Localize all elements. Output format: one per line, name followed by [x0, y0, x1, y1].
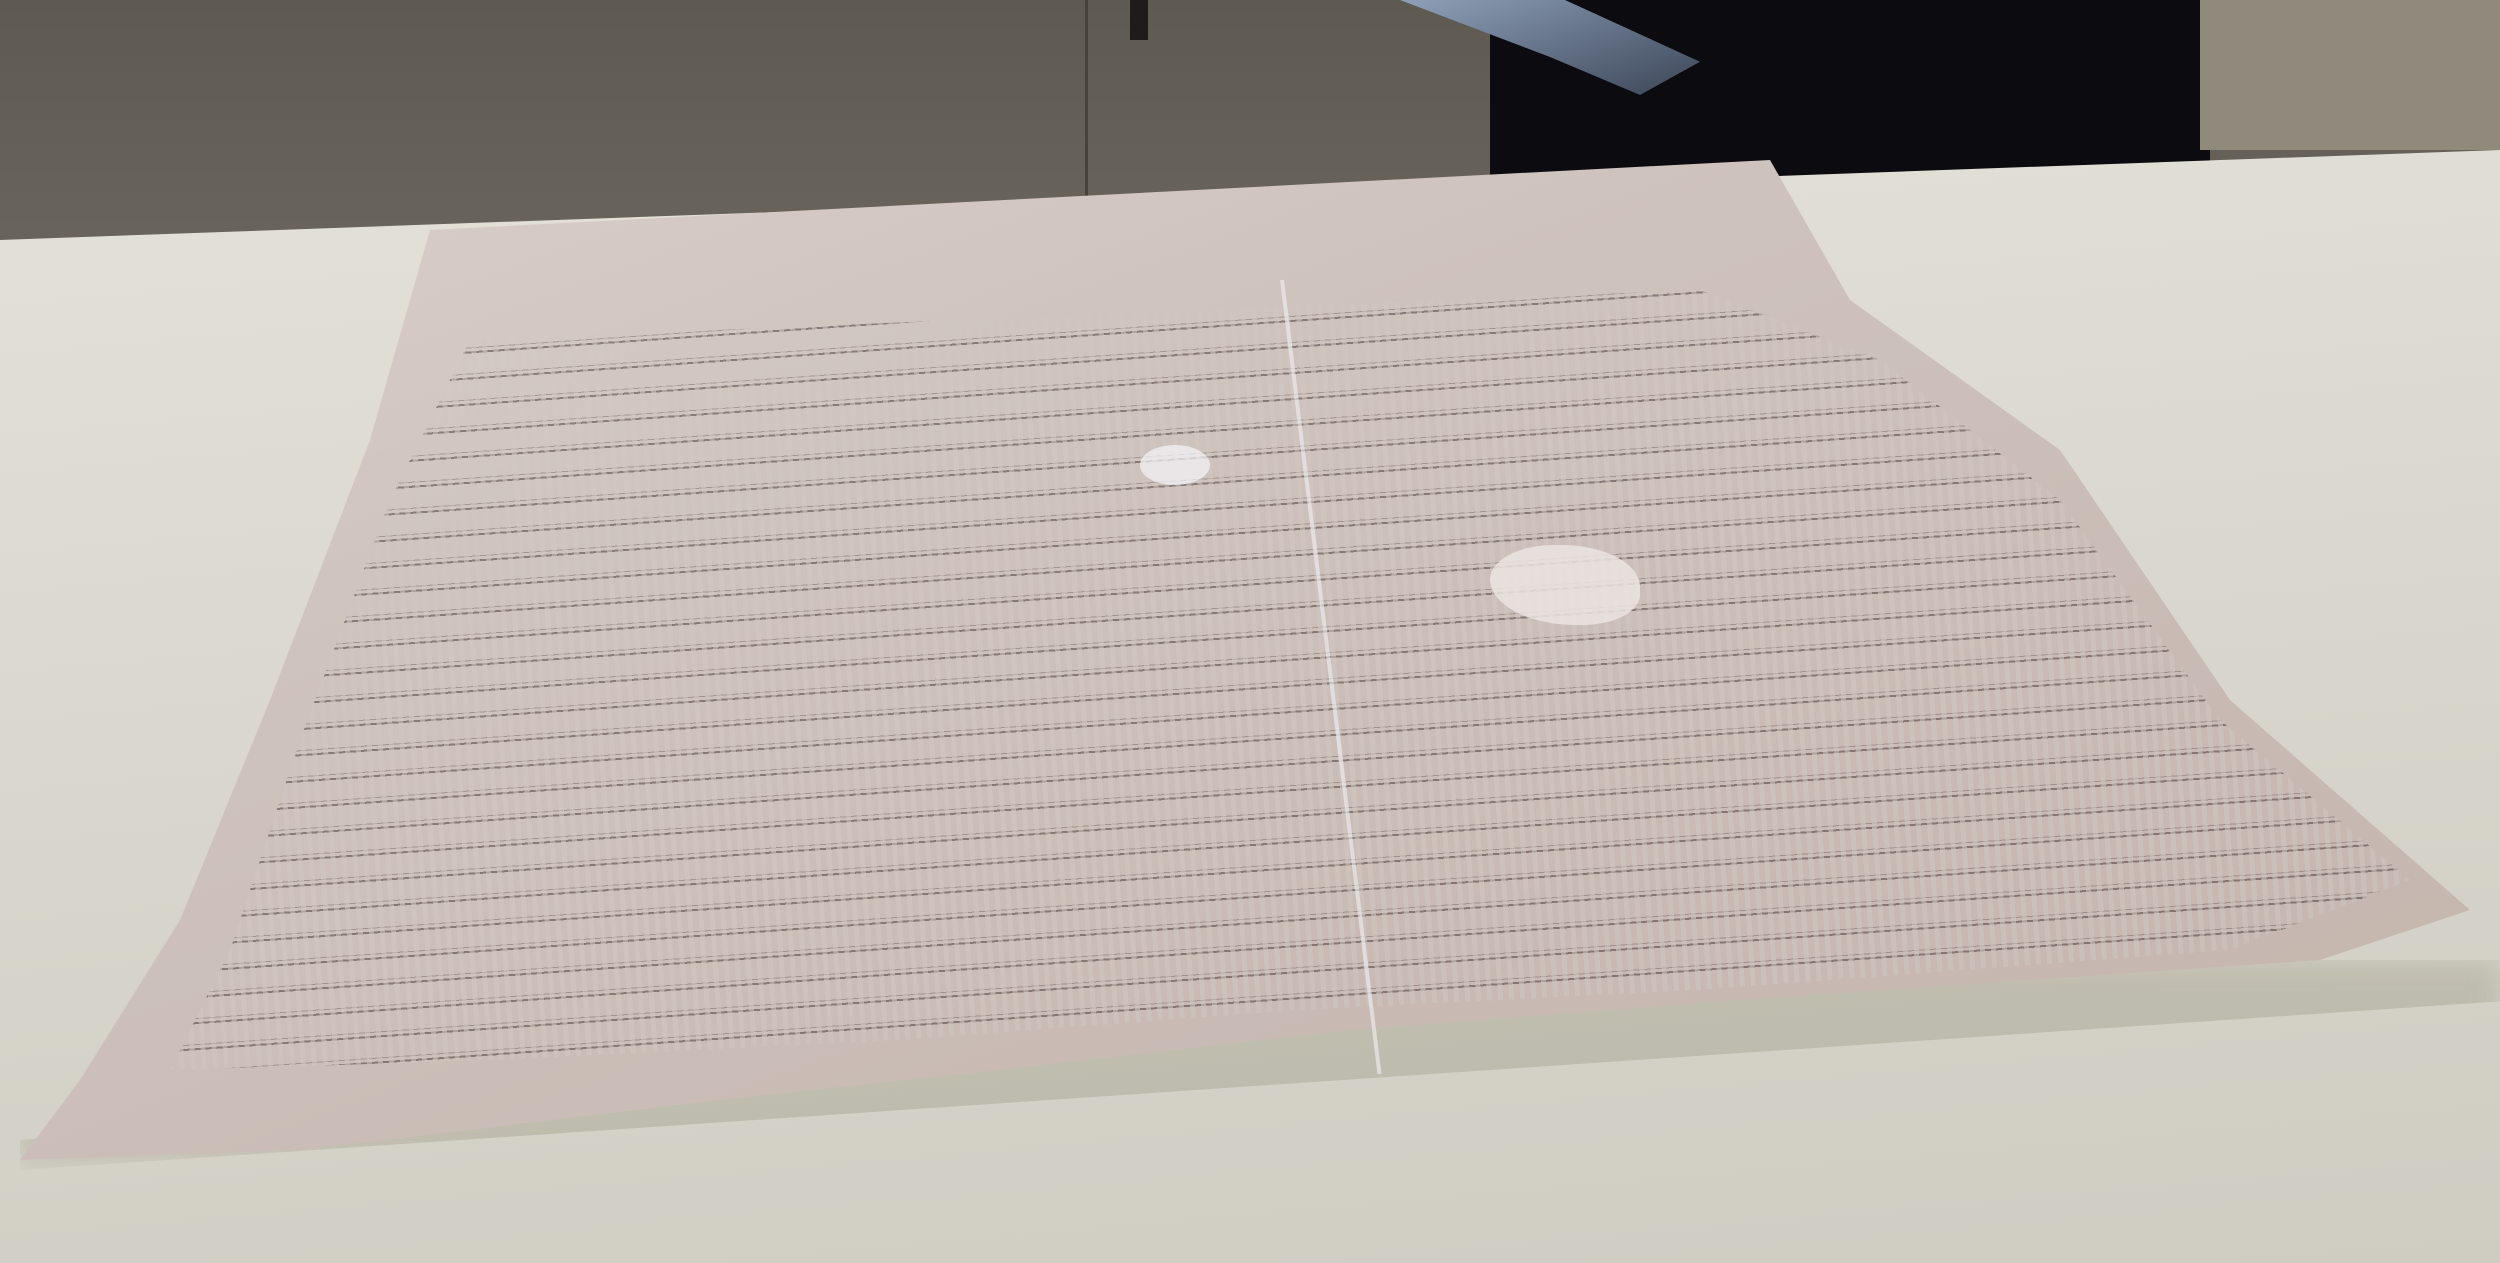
right-wall-panel — [2200, 0, 2500, 150]
worn-spot — [1140, 445, 1210, 485]
photo-scene — [0, 0, 2500, 1263]
cabinet-handle — [1130, 0, 1148, 40]
